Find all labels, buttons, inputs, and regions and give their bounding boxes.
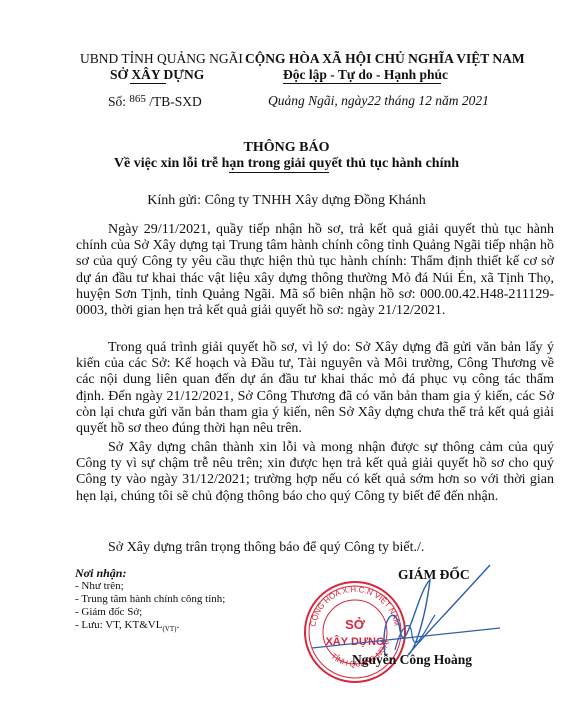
recipient-item: - Giám đốc Sở; <box>75 606 225 619</box>
agency-parent: UBND TỈNH QUẢNG NGÃI <box>80 51 243 67</box>
document-number: Số: 865 /TB-SXD <box>108 93 202 110</box>
number-value: 865 <box>129 93 146 105</box>
paragraph-3: Sở Xây dựng chân thành xin lỗi và mong n… <box>76 440 554 505</box>
signer-name: Nguyễn Công Hoàng <box>352 652 472 668</box>
paragraph-4: Sở Xây dựng trân trọng thông báo để quý … <box>76 540 554 556</box>
place-date: Quảng Ngãi, ngày22 tháng 12 năm 2021 <box>268 93 489 109</box>
document-subtitle: Về việc xin lỗi trễ hạn trong giải quyết… <box>0 156 573 172</box>
recipients-heading: Nơi nhận: <box>75 567 225 580</box>
motto-underline <box>283 83 441 84</box>
recipient-item: - Lưu: VT, KT&VL(VT). <box>75 619 225 636</box>
recipient-item: - Trung tâm hành chính công tỉnh; <box>75 593 225 606</box>
nation-title: CỘNG HÒA XÃ HỘI CHỦ NGHĨA VIỆT NAM <box>245 51 525 67</box>
agency-name: SỞ XÂY DỰNG <box>110 67 204 83</box>
paragraph-1: Ngày 29/11/2021, quầy tiếp nhận hồ sơ, t… <box>76 222 554 319</box>
number-label: Số: <box>108 94 126 109</box>
recipient-line: Kính gửi: Công ty TNHH Xây dựng Đồng Khá… <box>0 193 573 209</box>
subtitle-underline <box>229 172 329 173</box>
recipient-item: - Như trên; <box>75 580 225 593</box>
agency-underline <box>130 83 166 84</box>
number-suffix: /TB-SXD <box>149 94 202 109</box>
paragraph-2: Trong quá trình giải quyết hồ sơ, vì lý … <box>76 340 554 437</box>
document-title: THÔNG BÁO <box>0 140 573 156</box>
motto: Độc lập - Tự do - Hạnh phúc <box>283 67 448 83</box>
recipients-block: Nơi nhận: - Như trên; - Trung tâm hành c… <box>75 567 225 636</box>
